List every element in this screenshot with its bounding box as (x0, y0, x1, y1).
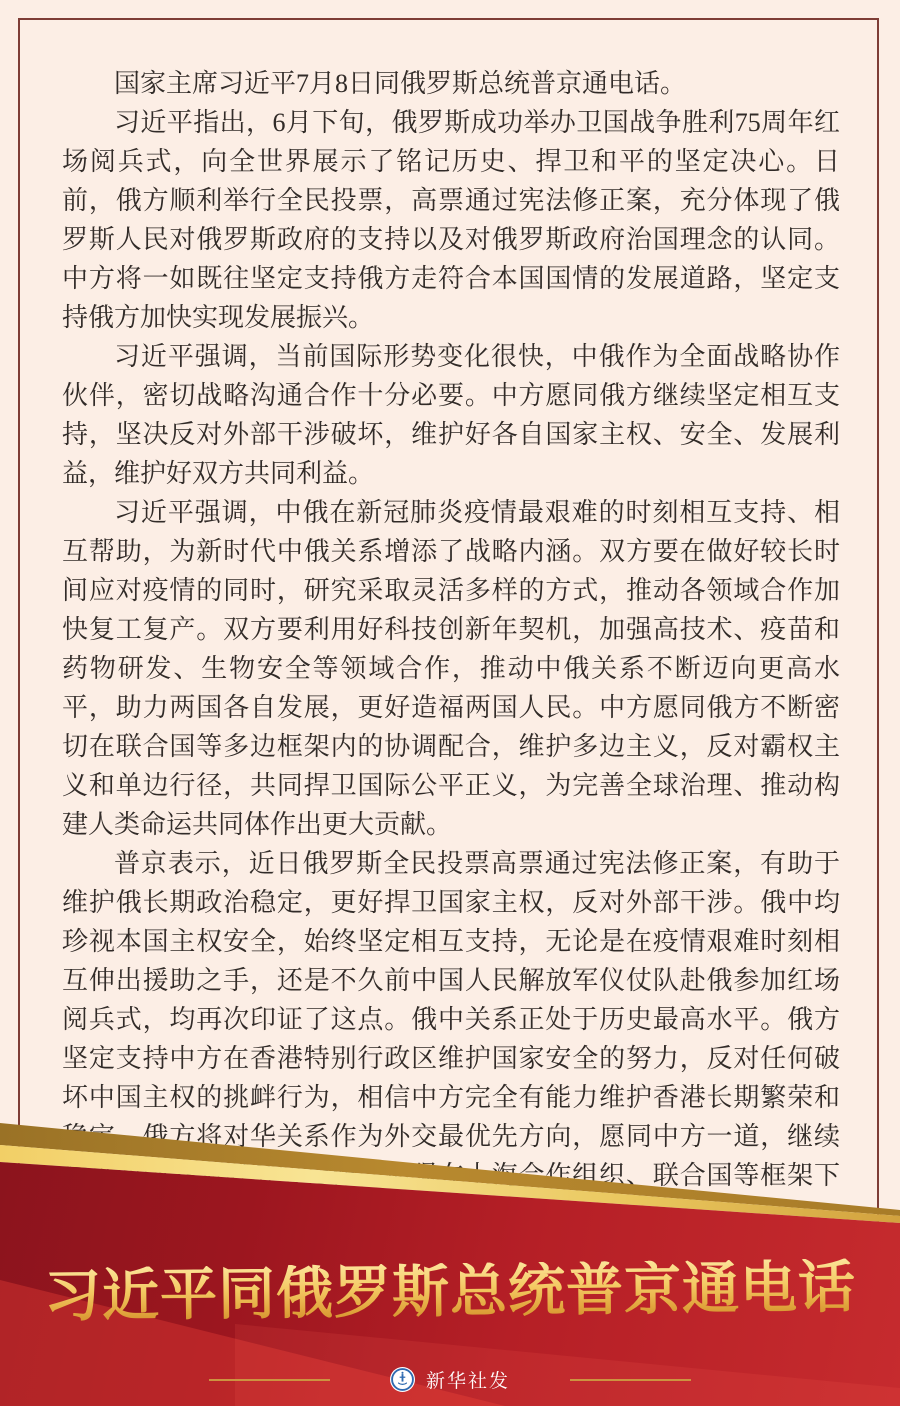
article-paragraph: 习近平强调，当前国际形势变化很快，中俄作为全面战略协作伙伴，密切战略沟通合作十分… (62, 337, 840, 493)
credit-label: 新华社发 (426, 1366, 510, 1393)
xinhua-logo-icon (390, 1367, 415, 1392)
article-paragraph: 国家主席习近平7月8日同俄罗斯总统普京通电话。 (62, 64, 840, 103)
bottom-ribbon-banner: 习近平同俄罗斯总统普京通电话 新华社发 (0, 1100, 900, 1406)
credit-row: 新华社发 (0, 1366, 900, 1393)
article-paragraph: 习近平强调，中俄在新冠肺炎疫情最艰难的时刻相互支持、相互帮助，为新时代中俄关系增… (62, 493, 840, 844)
banner-headline: 习近平同俄罗斯总统普京通电话 (0, 1258, 900, 1328)
divider-line-right (570, 1379, 691, 1381)
divider-line-left (209, 1379, 330, 1381)
article-paragraph: 习近平指出，6月下旬，俄罗斯成功举办卫国战争胜利75周年红场阅兵式，向全世界展示… (62, 103, 840, 337)
